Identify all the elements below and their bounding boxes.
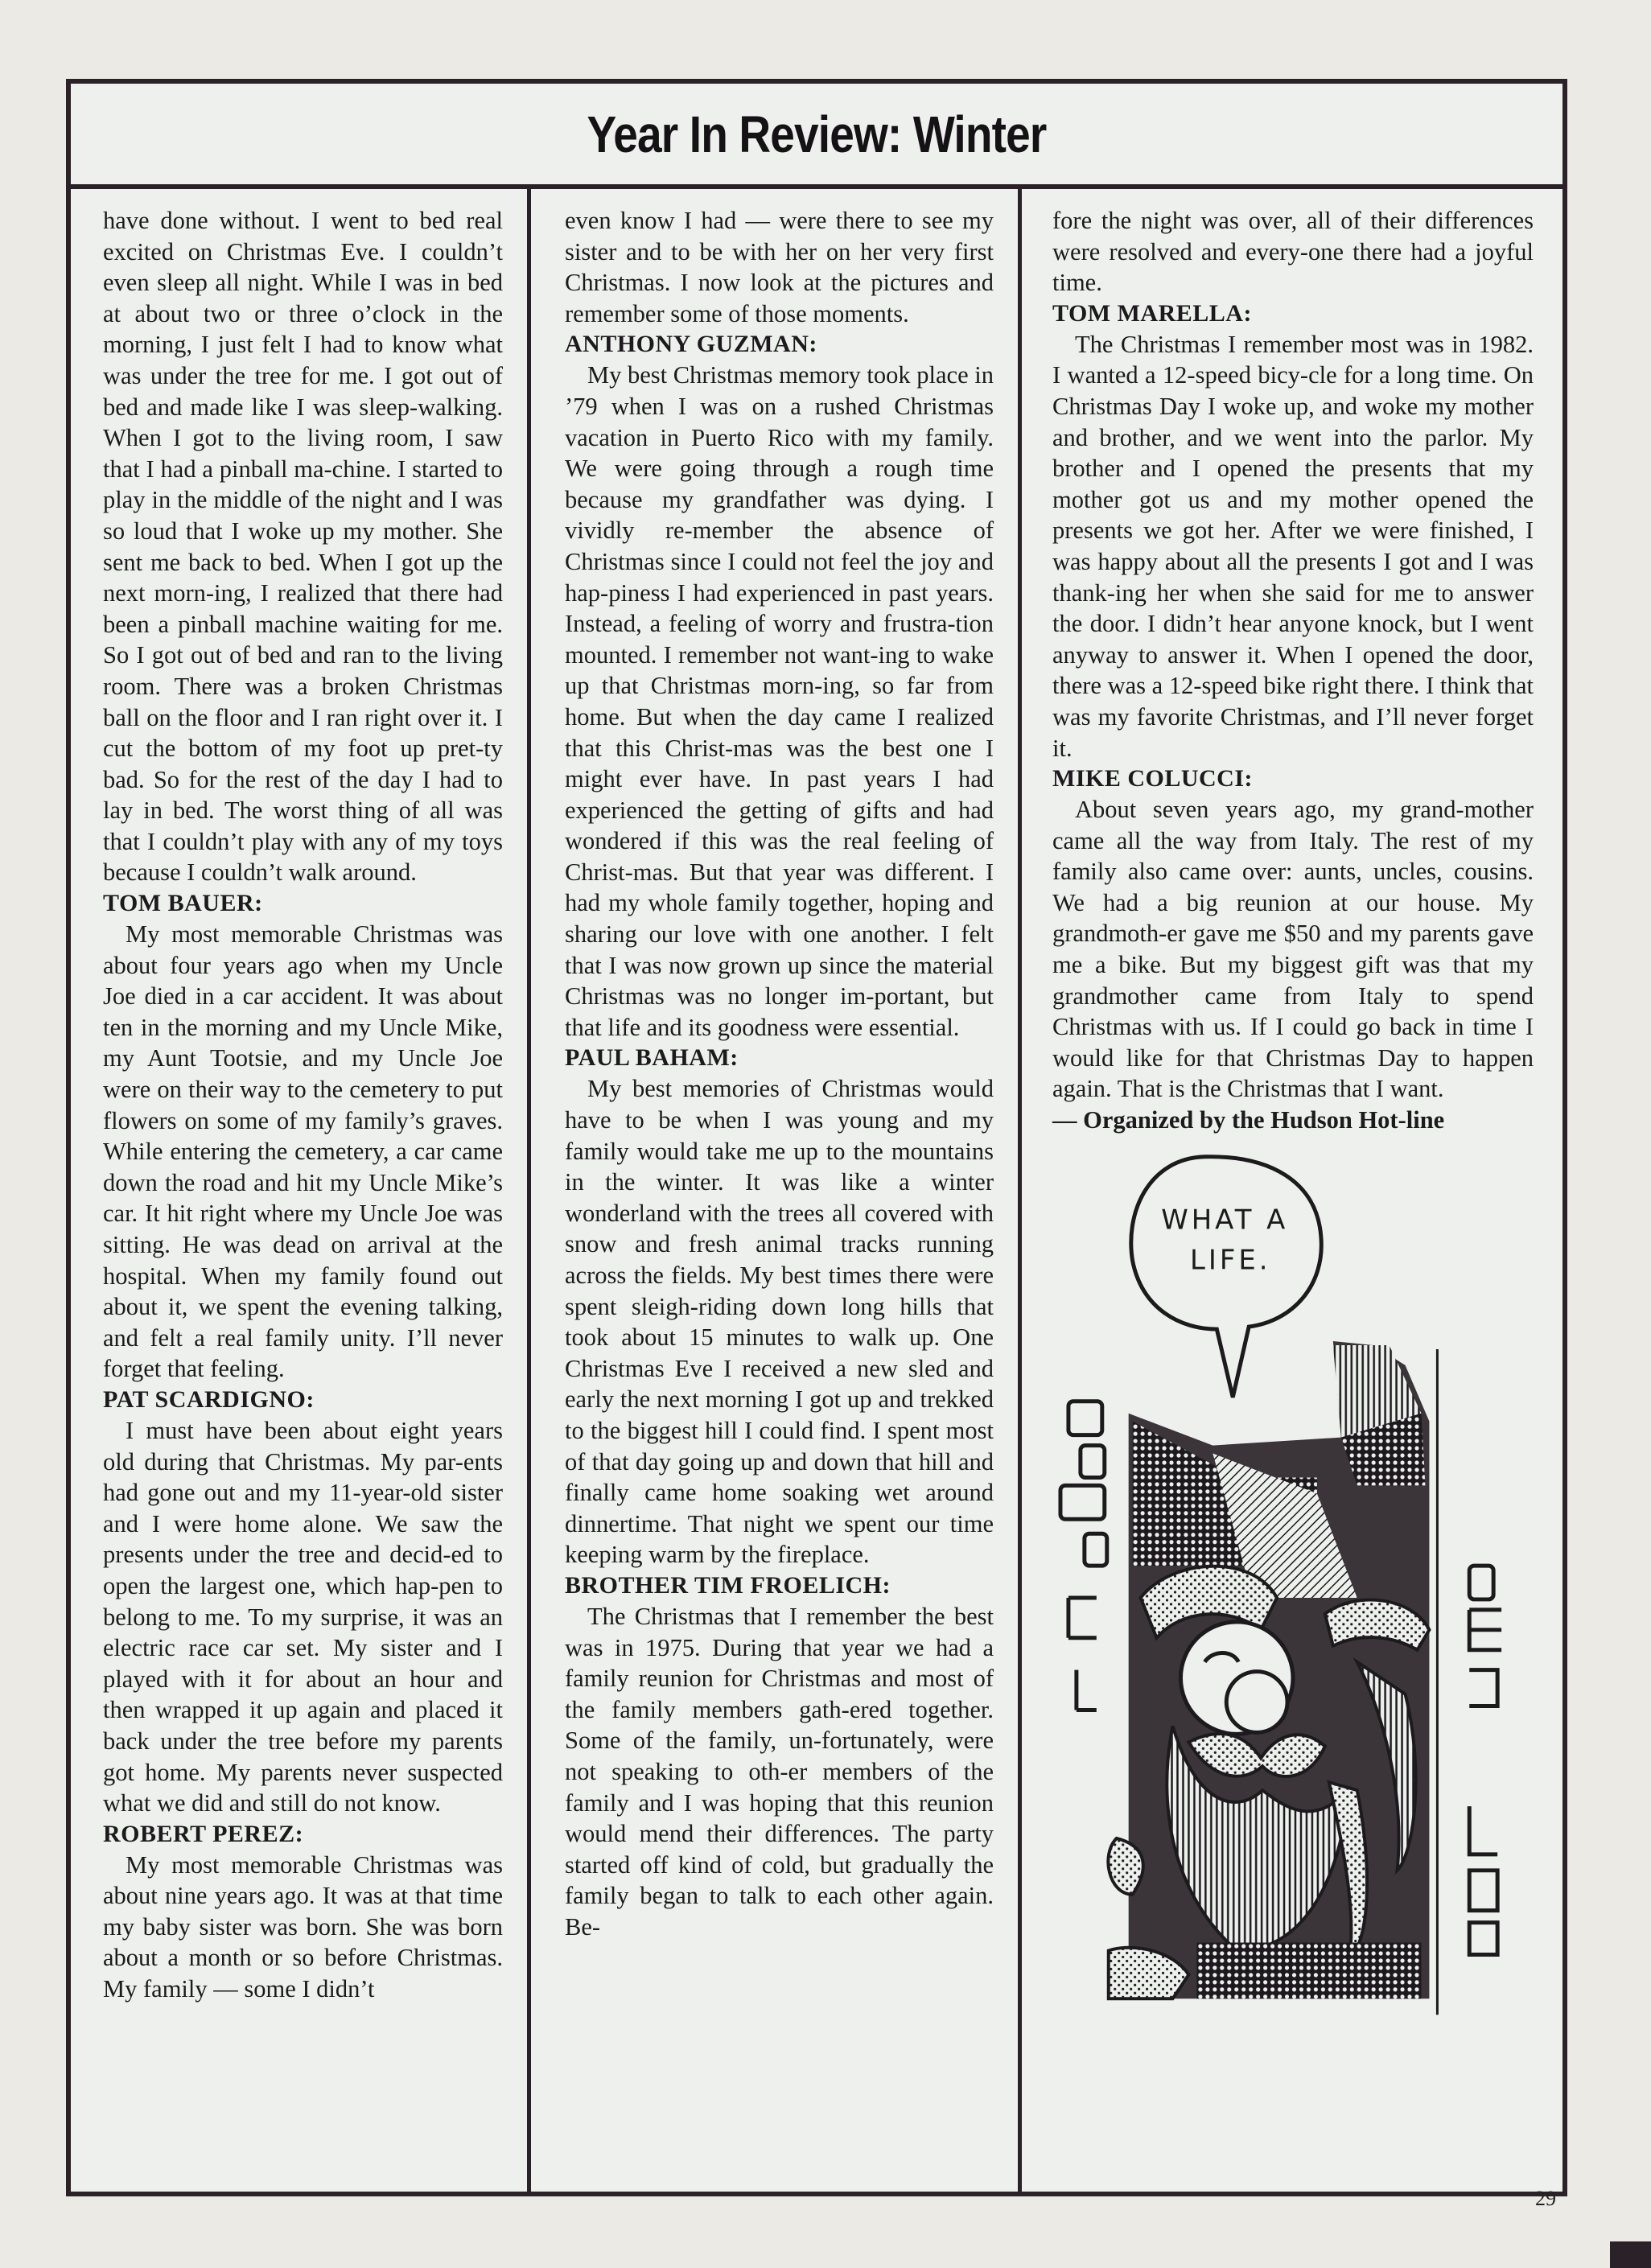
page-title: Year In Review: Winter <box>587 105 1047 164</box>
column-1: have done without. I went to bed real ex… <box>71 189 527 2192</box>
speech-bubble: WHAT A LIFE. <box>1131 1156 1322 1397</box>
article-frame: Year In Review: Winter have done without… <box>66 79 1567 2196</box>
contributor-name: PAT SCARDIGNO: <box>103 1385 503 1415</box>
doorway-bricks-left <box>1060 1401 1107 1710</box>
story-paragraph: I must have been about eight years old d… <box>103 1415 503 1819</box>
title-band: Year In Review: Winter <box>71 84 1562 189</box>
story-paragraph: About seven years ago, my grand-mother c… <box>1052 794 1534 1105</box>
contributor-name: PAUL BAHAM: <box>565 1043 994 1073</box>
column-3-text: fore the night was over, all of their di… <box>1052 205 1534 1136</box>
story-paragraph: My most memorable Christmas was about ni… <box>103 1850 503 2005</box>
column-2: even know I had — were there to see my s… <box>527 189 1018 2192</box>
santa-figure <box>1108 1341 1429 1998</box>
santa-cartoon-illustration: WHAT A LIFE. <box>1052 1147 1534 2024</box>
contributor-name: TOM MARELLA: <box>1052 298 1534 329</box>
santa-cartoon-image: WHAT A LIFE. <box>1052 1147 1534 2024</box>
story-paragraph: My best Christmas memory took place in ’… <box>565 360 994 1043</box>
story-paragraph: have done without. I went to bed real ex… <box>103 205 503 888</box>
speech-bubble-line-1: WHAT A <box>1161 1204 1288 1235</box>
contributor-name: ANTHONY GUZMAN: <box>565 329 994 360</box>
page-edge-tab <box>1610 2241 1651 2268</box>
contributor-name: MIKE COLUCCI: <box>1052 764 1534 794</box>
story-paragraph: even know I had — were there to see my s… <box>565 205 994 329</box>
story-paragraph: My best memories of Christmas would have… <box>565 1073 994 1570</box>
article-columns: have done without. I went to bed real ex… <box>71 189 1562 2192</box>
doorway-bricks-right <box>1469 1566 1501 1954</box>
story-paragraph: The Christmas I remember most was in 198… <box>1052 329 1534 764</box>
contributor-name: TOM BAUER: <box>103 888 503 919</box>
story-paragraph: fore the night was over, all of their di… <box>1052 205 1534 298</box>
contributor-name: BROTHER TIM FROELICH: <box>565 1570 994 1601</box>
speech-bubble-line-2: LIFE. <box>1190 1244 1270 1275</box>
story-paragraph: My most memorable Christmas was about fo… <box>103 919 503 1385</box>
article-credit: — Organized by the Hudson Hot-line <box>1052 1105 1534 1136</box>
story-paragraph: The Christmas that I remember the best w… <box>565 1601 994 1943</box>
contributor-name: ROBERT PEREZ: <box>103 1819 503 1850</box>
page-number: 29 <box>1535 2187 1556 2211</box>
column-3: fore the night was over, all of their di… <box>1018 189 1562 2192</box>
